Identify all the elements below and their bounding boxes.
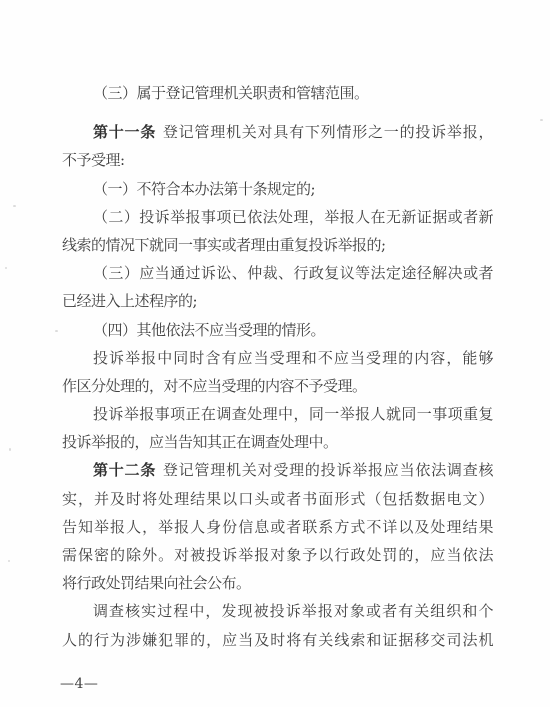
text-line: 投诉举报事项正在调查处理中，同一举报人就同一事项重复 [62,400,493,428]
scan-speck [9,448,11,451]
article-number: 第十二条 [93,461,156,479]
text-line: 调查核实过程中，发现被投诉举报对象或者有关组织和个 [62,597,493,625]
line-text: 登记管理机关对具有下列情形之一的投诉举报， [163,123,493,141]
text-line: 告知举报人，举报人身份信息或者联系方式不详以及处理结果 [62,513,493,541]
text-line: （三）属于登记管理机关职责和管辖范围。 [62,79,493,107]
scanned-document-page: （三）属于登记管理机关职责和管辖范围。第十一条登记管理机关对具有下列情形之一的投… [0,0,550,707]
scan-speck [55,330,58,332]
scan-speck [8,560,10,562]
text-line: 需保密的除外。对被投诉举报对象予以行政处罚的，应当依法 [62,541,493,569]
article-number: 第十一条 [93,123,156,141]
page-number: —4— [60,676,98,692]
text-line: 人的行为涉嫌犯罪的，应当及时将有关线索和证据移交司法机 [62,626,493,654]
text-line: 不予受理: [62,146,493,174]
scan-speck [540,119,543,121]
text-line: 实，并及时将处理结果以口头或者书面形式（包括数据电文） [62,485,493,513]
line-text: 登记管理机关对受理的投诉举报应当依法调查核 [163,461,493,479]
text-line: 投诉举报的，应当告知其正在调查处理中。 [62,428,493,456]
text-line: 线索的情况下就同一事实或者理由重复投诉举报的; [62,231,493,259]
text-line: （二）投诉举报事项已依法处理，举报人在无新证据或者新 [62,203,493,231]
text-line: 第十一条登记管理机关对具有下列情形之一的投诉举报， [62,118,493,146]
text-line: 作区分处理的，对不应当受理的内容不予受理。 [62,372,493,400]
text-line: （三）应当通过诉讼、仲裁、行政复议等法定途径解决或者 [62,259,493,287]
text-line: 投诉举报中同时含有应当受理和不应当受理的内容，能够 [62,344,493,372]
scan-speck [13,205,16,207]
scan-speck [5,267,7,269]
text-line: （一）不符合本办法第十条规定的; [62,175,493,203]
document-body: （三）属于登记管理机关职责和管辖范围。第十一条登记管理机关对具有下列情形之一的投… [62,79,493,654]
text-line: （四）其他依法不应当受理的情形。 [62,316,493,344]
text-line: 将行政处罚结果向社会公布。 [62,569,493,597]
text-line: 第十二条登记管理机关对受理的投诉举报应当依法调查核 [62,456,493,484]
text-line: 已经进入上述程序的; [62,287,493,315]
